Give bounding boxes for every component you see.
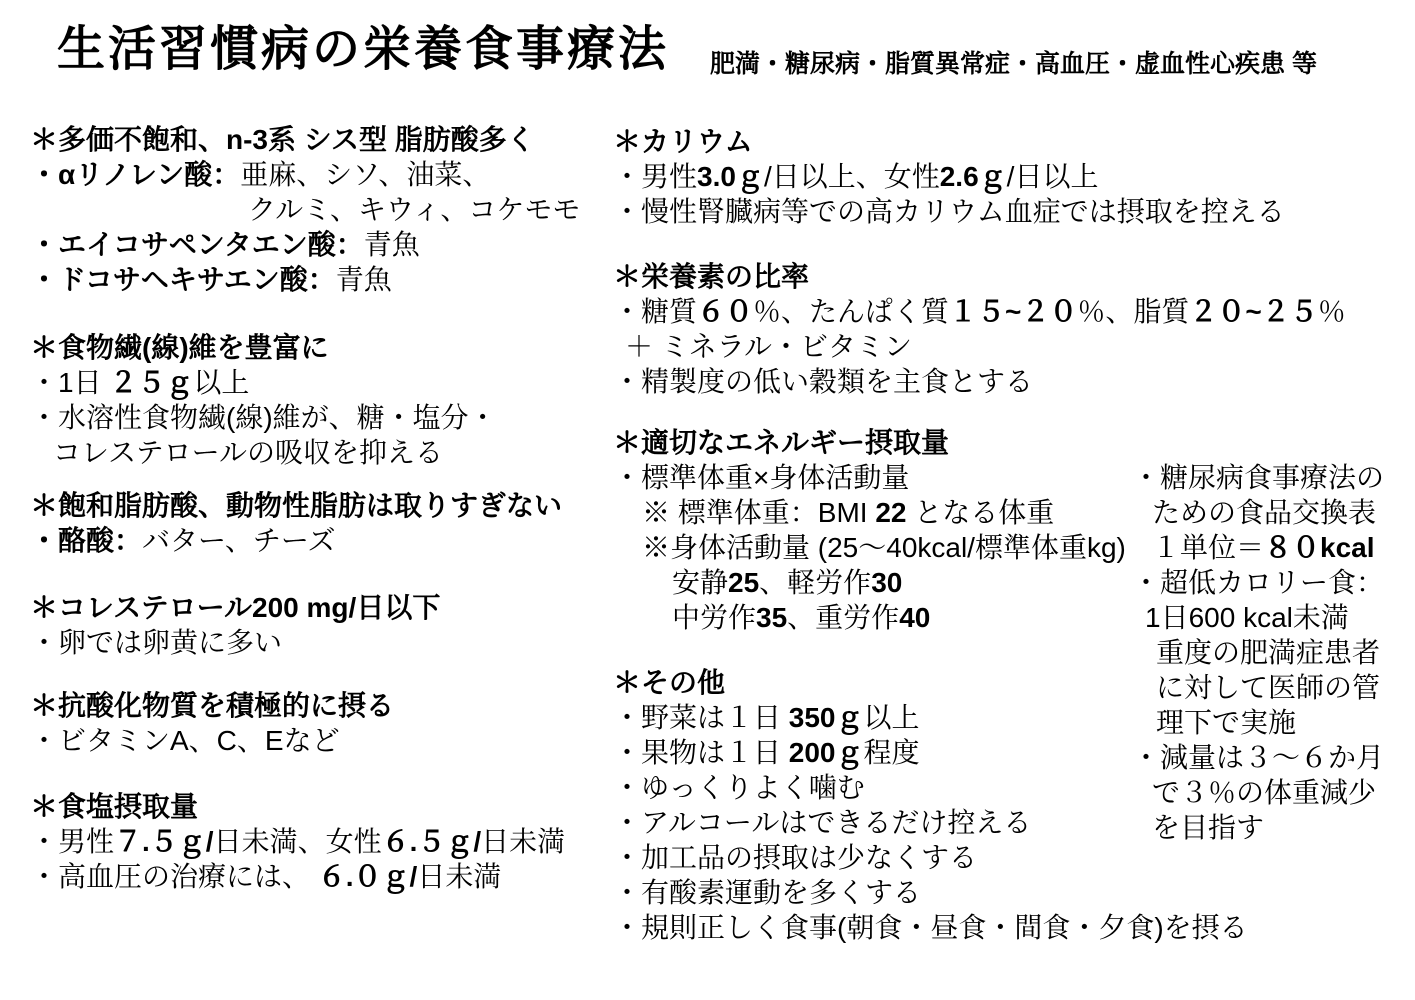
slide: 生活習慣病の栄養食事療法 肥満・糖尿病・脂質異常症・高血圧・虚血性心疾患 等 ＊… <box>0 0 1415 1000</box>
column-left: ＊多価不飽和、n-3系 シス型 脂肪酸多く・αリノレン酸：亜麻、シソ、油菜、クル… <box>30 122 615 894</box>
text-segment: 以上 <box>193 367 249 398</box>
text-segment: 程度 <box>864 737 920 768</box>
text-segment: バター、チーズ <box>142 525 335 556</box>
text-line: 1日600 kcal未満 <box>1132 600 1415 635</box>
section-heading: ＊飽和脂肪酸、動物性脂肪は取りすぎない <box>30 488 615 523</box>
text-segment: 以上 <box>864 702 920 733</box>
text-segment: 1日600 kcal未満 <box>1145 602 1349 633</box>
section: ＊多価不飽和、n-3系 シス型 脂肪酸多く・αリノレン酸：亜麻、シソ、油菜、クル… <box>30 122 615 297</box>
text-line: ・ビタミンA、C、Eなど <box>30 723 615 758</box>
text-segment: 、重労作 <box>787 602 899 633</box>
text-segment: ７.５ｇ/ <box>114 826 214 857</box>
text-line: ・超低カロリー食： <box>1132 565 1415 600</box>
section: ＊コレステロール200 mg/日以下・卵では卵黄に多い <box>30 590 615 660</box>
text-segment: ・糖尿病食事療法の <box>1132 462 1384 493</box>
text-line: ・ドコサヘキサエン酸：青魚 <box>30 262 615 297</box>
text-segment: １単位＝ <box>1152 532 1264 563</box>
text-segment: 40 <box>899 602 930 633</box>
text-line: ための食品交換表 <box>1132 495 1415 530</box>
text-segment: ・糖質 <box>613 296 697 327</box>
text-line: ・慢性腎臓病等での高カリウム血症では摂取を控える <box>613 194 1413 229</box>
text-segment: /日以上 <box>1007 161 1099 192</box>
section-heading: ＊コレステロール200 mg/日以下 <box>30 590 615 625</box>
text-segment: ＋ ミネラル・ビタミン <box>625 331 912 362</box>
text-segment: ・有酸素運動を多くする <box>613 877 921 908</box>
text-segment: ・1日 <box>30 367 109 398</box>
text-segment: 2.6ｇ <box>940 161 1007 192</box>
section-heading: ＊カリウム <box>613 124 1413 159</box>
text-segment: ・減量は３～６か月 <box>1132 742 1384 773</box>
text-segment: ・果物は１日 <box>613 737 789 768</box>
section: ＊栄養素の比率・糖質６０％、たんぱく質１５~２０％、脂質２０~２５％＋ ミネラル… <box>613 259 1413 399</box>
text-segment: 青魚 <box>336 264 392 295</box>
text-segment: 25 <box>728 567 759 598</box>
text-segment: ２５ｇ <box>109 367 193 398</box>
text-line: ・加工品の摂取は少なくする <box>613 840 1413 875</box>
text-segment: ・野菜は１日 <box>613 702 789 733</box>
text-segment: コレステロールの吸収を抑える <box>53 437 443 468</box>
text-segment: となる体重 <box>907 497 1055 528</box>
text-line: ・規則正しく食事(朝食・昼食・間食・夕食)を摂る <box>613 910 1413 945</box>
text-segment: ６０ <box>697 296 753 327</box>
text-segment: 200ｇ <box>789 737 864 768</box>
text-segment: ・水溶性食物繊(線)維が、糖・塩分・ <box>30 402 497 433</box>
text-segment: 22 <box>875 497 906 528</box>
text-segment: ※ 標準体重：BMI <box>642 497 875 528</box>
text-line: ・1日 ２５ｇ以上 <box>30 365 615 400</box>
text-line: ・高血圧の治療には、 ６.０ｇ/日未満 <box>30 859 615 894</box>
text-segment: 3.0ｇ <box>697 161 764 192</box>
section-heading: ＊抗酸化物質を積極的に摂る <box>30 688 615 723</box>
text-segment: ・超低カロリー食： <box>1132 567 1384 598</box>
section: ・糖尿病食事療法のための食品交換表１単位＝８０kcal・超低カロリー食：1日60… <box>1132 460 1415 845</box>
section-heading: ＊栄養素の比率 <box>613 259 1413 294</box>
text-segment: ・アルコールはできるだけ控える <box>613 807 1031 838</box>
section-heading: ＊食物繊(線)維を豊富に <box>30 330 615 365</box>
text-segment: 35 <box>756 602 787 633</box>
text-segment: 理下で実施 <box>1156 707 1296 738</box>
text-segment: /日以上、女性 <box>764 161 940 192</box>
text-segment: ・エイコサペンタエン酸： <box>30 229 364 260</box>
text-segment: 350ｇ <box>789 702 864 733</box>
text-line: ・卵では卵黄に多い <box>30 625 615 660</box>
page-title: 生活習慣病の栄養食事療法 <box>57 10 669 79</box>
text-segment: ・男性 <box>613 161 697 192</box>
section: ＊食物繊(線)維を豊富に・1日 ２５ｇ以上・水溶性食物繊(線)維が、糖・塩分・コ… <box>30 330 615 470</box>
text-segment: ・標準体重×身体活動量 <box>613 462 909 493</box>
text-segment: ※身体活動量 (25～40kcal/標準体重kg) <box>642 532 1126 563</box>
text-segment: ・規則正しく食事(朝食・昼食・間食・夕食)を摂る <box>613 912 1248 943</box>
text-line: ・αリノレン酸：亜麻、シソ、油菜、 <box>30 157 615 192</box>
text-segment: ・ドコサヘキサエン酸： <box>30 264 336 295</box>
page-subtitle: 肥満・糖尿病・脂質異常症・高血圧・虚血性心疾患 等 <box>710 44 1317 80</box>
text-segment: を目指す <box>1152 812 1264 843</box>
section: ＊抗酸化物質を積極的に摂る・ビタミンA、C、Eなど <box>30 688 615 758</box>
text-segment: ・酪酸： <box>30 525 142 556</box>
text-line: ・男性７.５ｇ/日未満、女性６.５ｇ/日未満 <box>30 824 615 859</box>
text-line: ・水溶性食物繊(線)維が、糖・塩分・ <box>30 400 615 435</box>
text-segment: ％、たんぱく質 <box>753 296 949 327</box>
text-segment: 青魚 <box>364 229 420 260</box>
text-segment: 重度の肥満症患者 <box>1156 637 1380 668</box>
text-line: ・糖質６０％、たんぱく質１５~２０％、脂質２０~２５％ <box>613 294 1413 329</box>
text-segment: ・加工品の摂取は少なくする <box>613 842 977 873</box>
text-line: ・酪酸：バター、チーズ <box>30 523 615 558</box>
text-segment: 亜麻、シソ、油菜、 <box>240 159 490 190</box>
text-segment: 日未満 <box>417 861 501 892</box>
text-line: ・エイコサペンタエン酸：青魚 <box>30 227 615 262</box>
text-segment: ・卵では卵黄に多い <box>30 627 282 658</box>
text-segment: ６.５ｇ/ <box>382 826 482 857</box>
section: ＊飽和脂肪酸、動物性脂肪は取りすぎない・酪酸：バター、チーズ <box>30 488 615 558</box>
text-segment: ・αリノレン酸： <box>30 159 240 190</box>
text-line: クルミ、キウィ、コケモモ <box>30 192 615 227</box>
section: ＊食塩摂取量・男性７.５ｇ/日未満、女性６.５ｇ/日未満・高血圧の治療には、 ６… <box>30 789 615 894</box>
text-segment: 安静 <box>672 567 728 598</box>
text-line: ・糖尿病食事療法の <box>1132 460 1415 495</box>
text-line: ＋ ミネラル・ビタミン <box>613 329 1413 364</box>
text-segment: ・ビタミンA、C、Eなど <box>30 725 340 756</box>
section-heading: ＊多価不飽和、n-3系 シス型 脂肪酸多く <box>30 122 615 157</box>
text-line: １単位＝８０kcal <box>1132 530 1415 565</box>
text-segment: に対して医師の管 <box>1156 672 1380 703</box>
text-line: に対して医師の管 <box>1132 670 1415 705</box>
section-heading: ＊食塩摂取量 <box>30 789 615 824</box>
text-segment: ８０kcal <box>1264 532 1375 563</box>
text-line: ・有酸素運動を多くする <box>613 875 1413 910</box>
text-segment: ための食品交換表 <box>1152 497 1376 528</box>
text-segment: ・男性 <box>30 826 114 857</box>
text-segment: ・精製度の低い穀類を主食とする <box>613 366 1033 397</box>
text-line: ・男性3.0ｇ/日以上、女性2.6ｇ/日以上 <box>613 159 1413 194</box>
text-segment: ％、脂質 <box>1077 296 1189 327</box>
text-segment: ２０~２５ <box>1189 296 1317 327</box>
text-line: 重度の肥満症患者 <box>1132 635 1415 670</box>
text-segment: 日未満 <box>481 826 565 857</box>
text-segment: ・ゆっくりよく噛む <box>613 772 865 803</box>
text-line: ・精製度の低い穀類を主食とする <box>613 364 1413 399</box>
section-heading: ＊適切なエネルギー摂取量 <box>613 425 1413 460</box>
text-segment: 30 <box>871 567 902 598</box>
text-segment: クルミ、キウィ、コケモモ <box>248 194 580 225</box>
text-segment: ６.０ｇ/ <box>318 861 418 892</box>
text-segment: ・高血圧の治療には、 <box>30 861 318 892</box>
text-line: コレステロールの吸収を抑える <box>30 435 615 470</box>
text-segment: ・慢性腎臓病等での高カリウム血症では摂取を控える <box>613 196 1285 227</box>
column-right: ・糖尿病食事療法のための食品交換表１単位＝８０kcal・超低カロリー食：1日60… <box>1132 460 1415 845</box>
text-segment: 中労作 <box>672 602 756 633</box>
text-segment: １５~２０ <box>949 296 1077 327</box>
text-segment: 日未満、女性 <box>214 826 382 857</box>
text-segment: ％ <box>1318 296 1346 327</box>
text-segment: で３％の体重減少 <box>1152 777 1376 808</box>
text-line: で３％の体重減少 <box>1132 775 1415 810</box>
text-line: ・減量は３～６か月 <box>1132 740 1415 775</box>
text-line: を目指す <box>1132 810 1415 845</box>
text-segment: 、軽労作 <box>759 567 871 598</box>
text-line: 理下で実施 <box>1132 705 1415 740</box>
section: ＊カリウム・男性3.0ｇ/日以上、女性2.6ｇ/日以上・慢性腎臓病等での高カリウ… <box>613 124 1413 229</box>
